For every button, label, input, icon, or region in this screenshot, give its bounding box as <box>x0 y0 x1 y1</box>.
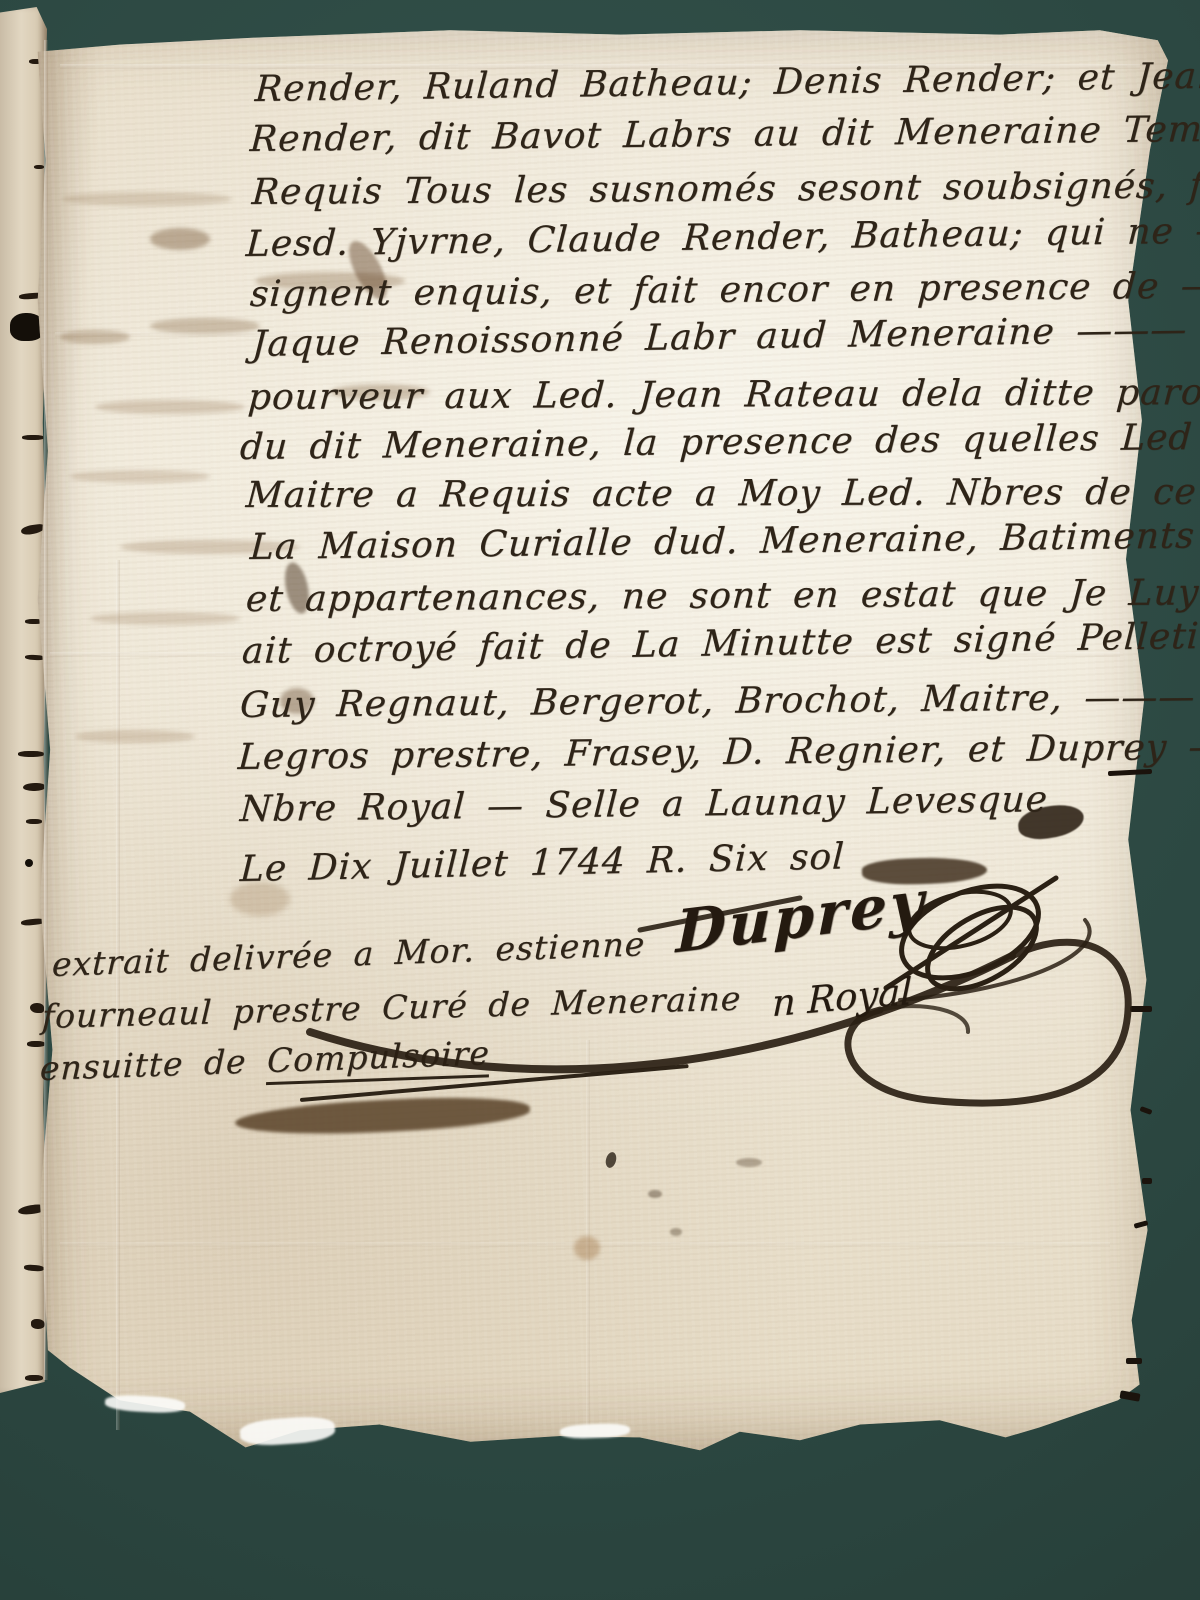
ink-fragment <box>31 1319 45 1329</box>
ink-fragment <box>18 751 44 757</box>
ink-fragment <box>21 918 45 926</box>
ink-fragment <box>23 783 45 791</box>
ink-fragment <box>25 1375 43 1381</box>
ink-fragment <box>25 654 45 660</box>
manuscript-photograph: Render, Ruland Batheau; Denis Render; et… <box>0 0 1200 1600</box>
previous-page-edge <box>0 7 47 1393</box>
manuscript-line: du dit Meneraine, la presence des quelle… <box>239 418 1200 466</box>
ink-fragment <box>22 435 44 440</box>
manuscript-line: signent enquis, et fait encor en presenc… <box>249 268 1200 313</box>
manuscript-line: Guy Regnaut, Bergerot, Brochot, Maitre, … <box>239 680 1197 724</box>
manuscript-line: pourveur aux Led. Jean Rateau dela ditte… <box>247 375 1200 416</box>
ink-fragment <box>34 165 44 169</box>
manuscript-line: Requis Tous les susnomés sesont soubsign… <box>251 168 1200 211</box>
manuscript-line: Maitre a Requis acte a Moy Led. Nbres de… <box>245 474 1200 514</box>
ink-fragment <box>27 1041 45 1047</box>
ink-dot <box>25 859 33 867</box>
ink-fragment <box>20 523 45 535</box>
manuscript-line: et appartenances, ne sont en estat que J… <box>245 575 1200 618</box>
signature-flourish <box>180 860 1160 1150</box>
edge-ink-tick <box>1142 1178 1152 1184</box>
ink-fragment <box>26 819 42 824</box>
ink-fragment <box>24 1264 44 1271</box>
manuscript-line: Render, dit Bavot Labrs au dit Meneraine… <box>249 111 1200 158</box>
manuscript-line: Legros prestre, Frasey, D. Regnier, et D… <box>237 729 1200 776</box>
manuscript-line: Nbre Royal — Selle a Launay Levesque <box>239 782 1049 828</box>
